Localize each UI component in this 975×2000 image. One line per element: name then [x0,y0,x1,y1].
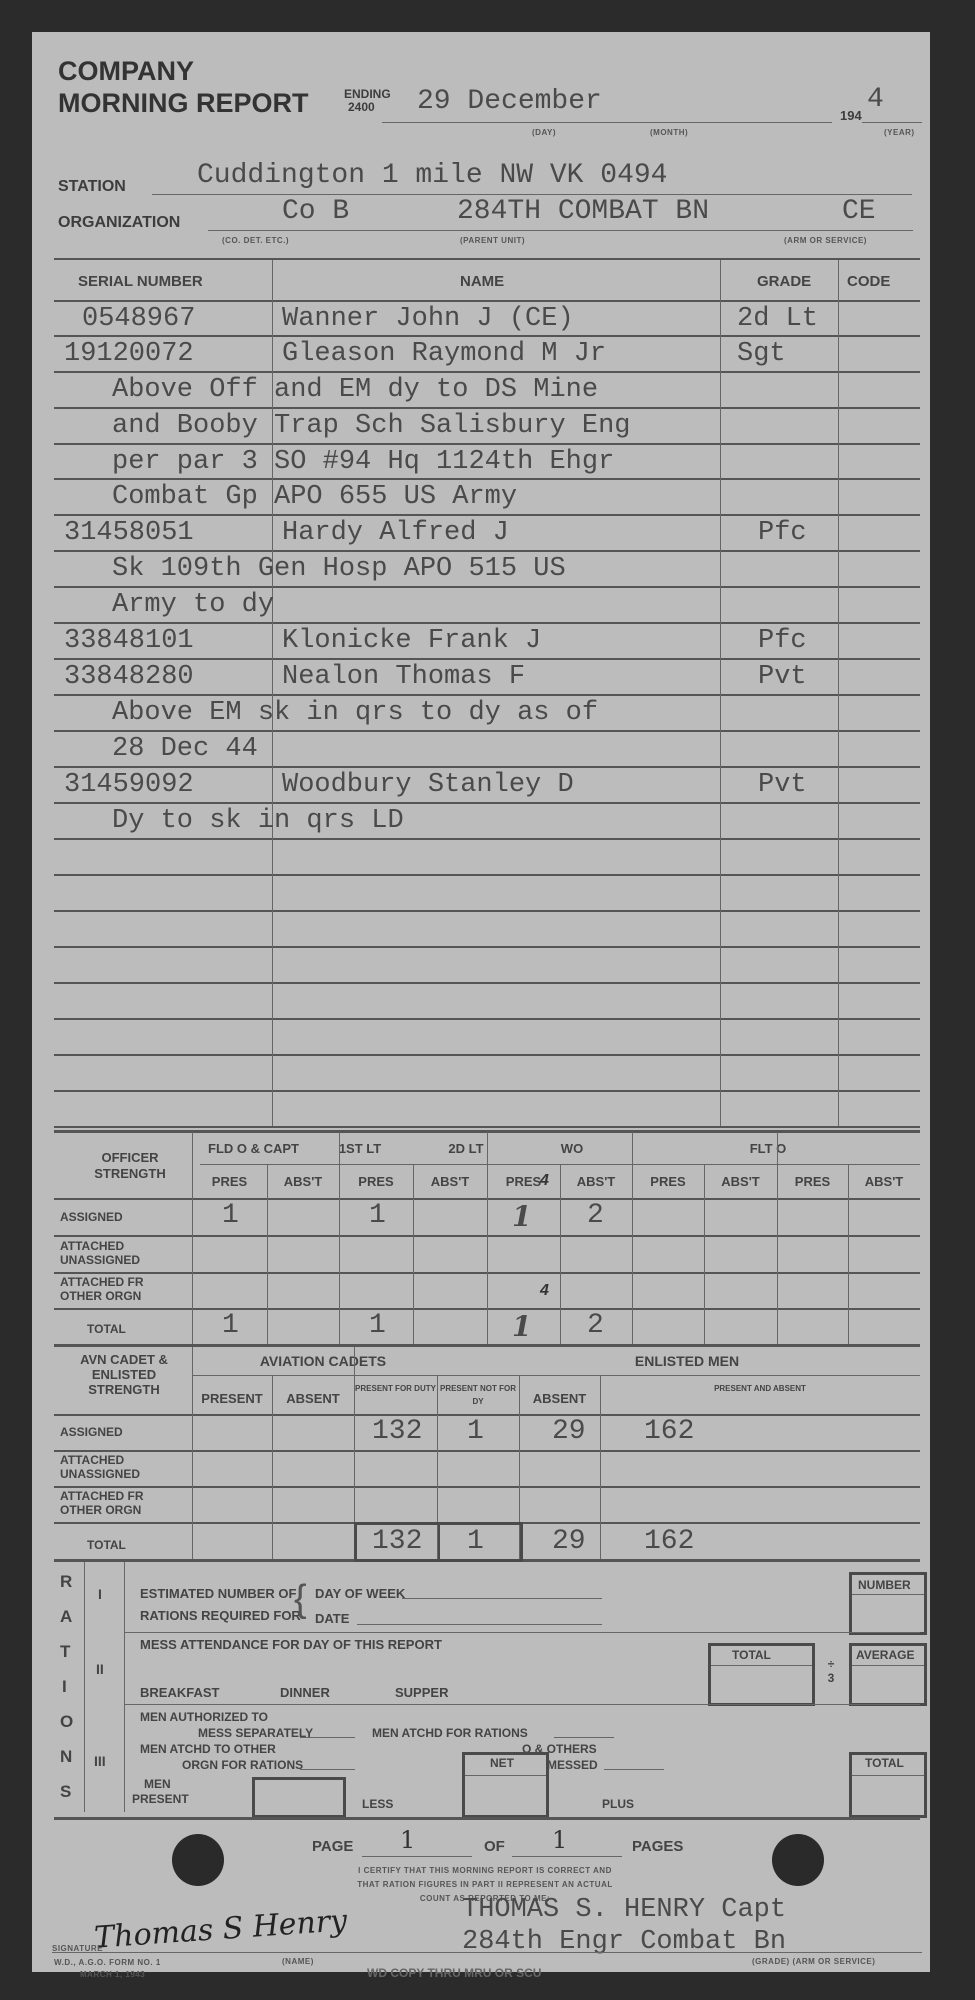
row-divider [54,300,920,302]
soldier-grade: Pvt [758,662,807,692]
soldier-name: Wanner John J (CE) [282,304,574,334]
row-divider [54,1126,920,1128]
box-divider [852,1665,924,1666]
rations-letter: O [60,1712,73,1732]
form-number: W.D., A.G.O. FORM NO. 1 [54,1958,161,1967]
remark-line: Combat Gp APO 655 US Army [112,482,517,512]
remark-line: Above Off and EM dy to DS Mine [112,375,598,405]
men-present-label-1: MEN [144,1777,171,1791]
roster-top-border [54,258,920,260]
part-3-numeral: III [94,1754,106,1768]
subheader-pres: PRES [487,1175,560,1189]
brace-icon: { [294,1578,307,1621]
subheader-present-for-duty: PRESENT FOR DUTY [354,1382,437,1395]
part-2-numeral: II [96,1662,104,1676]
rations-bottom-border [54,1817,920,1820]
fld-capt-pres-total: 1 [222,1310,239,1341]
certify-text-2: THAT RATION FIGURES IN PART II REPRESENT… [300,1880,670,1889]
box-divider [438,1522,440,1559]
row-divider [124,1632,920,1633]
row-divider [54,874,920,876]
page-underline [362,1856,472,1857]
station-label: STATION [58,178,126,196]
subheader-em-absent: ABSENT [519,1392,600,1406]
page-number: 1 [400,1826,415,1854]
row-label-attached-unassigned: ATTACHED UNASSIGNED [60,1239,170,1267]
subheader-pres: PRES [192,1175,267,1189]
row-label-attached-fr-other: ATTACHED FR OTHER ORGN [60,1275,170,1303]
part-1-text1: ESTIMATED NUMBER OF [140,1587,296,1601]
handwritten-signature: Thomas S Henry [93,1903,348,1956]
subheader-cadets-absent: ABSENT [272,1392,354,1406]
col-divider-code [838,260,839,1126]
less-label: LESS [362,1797,393,1811]
header-serial-number: SERIAL NUMBER [78,273,203,290]
col-divider [632,1132,633,1344]
serial-number: 33848280 [64,662,194,692]
header-name: NAME [460,273,504,290]
org-service: CE [842,196,876,227]
soldier-grade: 2d Lt [737,304,818,334]
rations-letter: A [60,1607,72,1627]
station-value: Cuddington 1 mile NW VK 0494 [197,160,667,191]
org-underline [208,230,913,231]
soldier-grade: Pfc [758,518,807,548]
remark-line: per par 3 SO #94 Hq 1124th Ehgr [112,447,614,477]
men-authorized-label: MEN AUTHORIZED TO [140,1710,268,1724]
row-divider [54,946,920,948]
mess-separately-field[interactable] [300,1737,355,1738]
handwritten-correction: 4 [540,1282,549,1300]
punch-hole-right [772,1834,824,1886]
row-divider [54,335,920,337]
row-divider [54,407,920,409]
enlisted-strength-title: AVN CADET & ENLISTED STRENGTH [60,1352,188,1397]
subheader-present-not-for-dy: PRESENT NOT FOR DY [437,1382,519,1408]
row-divider [54,622,920,624]
row-divider [54,766,920,768]
row-divider [54,371,920,373]
of-label: OF [484,1840,505,1854]
em-absent-total: 29 [552,1526,586,1557]
row-divider [54,478,920,480]
subheader-present-and-absent: PRESENT AND ABSENT [600,1382,920,1395]
subheader-abst: ABS'T [413,1175,487,1189]
1st-lt-pres-total: 1 [369,1310,386,1341]
group-1st-lt: 1ST LT [307,1142,413,1156]
year-prefix: 194 [840,108,862,123]
soldier-name: Gleason Raymond M Jr [282,339,606,369]
remark-line: Army to dy [112,590,274,620]
row-label-assigned: ASSIGNED [60,1210,123,1224]
row-divider [54,838,920,840]
mess-separately-label: MESS SEPARATELY [198,1726,313,1740]
messed-field[interactable] [604,1769,664,1770]
signature-line [52,1952,922,1953]
row-divider [54,910,920,912]
em-present-not-for-dy-assigned: 1 [467,1416,484,1447]
2d-lt-abst-assigned: 2 [587,1200,604,1231]
box-divider [465,1775,546,1776]
col-divider-grade [720,260,721,1126]
number-box-label: NUMBER [858,1578,911,1592]
supper-label[interactable]: SUPPER [395,1686,448,1700]
enlisted-men-header: ENLISTED MEN [454,1354,920,1368]
year-caption: (YEAR) [884,128,915,137]
aviation-cadets-header: AVIATION CADETS [192,1354,454,1368]
year-underline [862,122,922,123]
date-underline [382,122,832,123]
col-divider [560,1164,561,1344]
ending-label-2: 2400 [344,101,391,114]
year-digit: 4 [867,84,884,115]
em-absent-assigned: 29 [552,1416,586,1447]
fld-capt-pres-assigned: 1 [222,1200,239,1231]
row-label-total: TOTAL [87,1538,126,1552]
men-atchd-for-rations-label: MEN ATCHD FOR RATIONS [372,1726,528,1740]
men-present-box[interactable] [252,1777,346,1818]
em-present-not-for-dy-total: 1 [467,1526,484,1557]
morning-report-form: COMPANY MORNING REPORT ENDING 2400 29 De… [32,32,930,1972]
row-divider [54,658,920,660]
box-divider [852,1594,924,1595]
row-divider [54,694,920,696]
2d-lt-pres-total: 1 [512,1310,531,1343]
soldier-grade: Sgt [737,339,786,369]
col-divider [848,1164,849,1344]
pages-label: PAGES [632,1840,683,1854]
row-divider [54,514,920,516]
copy-note: WD COPY THRU MRU OR SCU [367,1966,541,1980]
group-2d-lt: 2D LT [413,1142,519,1156]
row-divider [54,730,920,732]
month-caption: (MONTH) [650,128,688,137]
col-divider [192,1347,193,1559]
total-pages: 1 [552,1826,567,1854]
grade-caption: (GRADE) (ARM OR SERVICE) [752,1957,875,1966]
form-title-line1: COMPANY [58,56,194,87]
net-box-label: NET [490,1756,514,1770]
row-divider [54,1018,920,1020]
col-divider [267,1164,268,1344]
org-caption-company: (CO. DET. ETC.) [222,236,289,245]
breakfast-label[interactable]: BREAKFAST [140,1686,219,1700]
em-present-and-absent-assigned: 162 [644,1416,694,1447]
part-1-text2: RATIONS REQUIRED FOR [140,1609,301,1623]
station-underline [152,194,912,195]
certify-text-1: I CERTIFY THAT THIS MORNING REPORT IS CO… [300,1866,670,1875]
col-divider [777,1132,778,1344]
part-1-numeral: I [98,1587,102,1601]
rations-col-divider [124,1562,125,1812]
soldier-grade: Pvt [758,770,807,800]
average-box-label: AVERAGE [856,1648,914,1662]
row-divider [54,586,920,588]
handwritten-correction: 4 [540,1172,549,1190]
signature-label: SIGNATURE [52,1944,103,1953]
orgn-for-rations-label: ORGN FOR RATIONS [182,1758,303,1772]
org-caption-service: (ARM OR SERVICE) [784,236,867,245]
em-present-for-duty-assigned: 132 [372,1416,422,1447]
messed-label: MESSED [547,1758,598,1772]
plus-label: PLUS [602,1797,634,1811]
row-label-attached-fr-other: ATTACHED FR OTHER ORGN [60,1489,170,1517]
rations-letter: S [60,1782,71,1802]
col-divider [192,1132,193,1344]
mess-total-label: TOTAL [732,1648,771,1662]
remark-line: 28 Dec 44 [112,734,258,764]
rations-letter: T [60,1642,70,1662]
row-divider [54,1450,920,1452]
header-code: CODE [847,273,890,290]
rations-letter: N [60,1747,72,1767]
row-divider [54,1090,920,1092]
group-fld-o-capt: FLD O & CAPT [200,1142,307,1156]
row-label-attached-unassigned: ATTACHED UNASSIGNED [60,1453,170,1481]
day-of-week-label: DAY OF WEEK [315,1587,405,1601]
row-divider [54,802,920,804]
serial-number: 33848101 [64,626,194,656]
ending-label: ENDING 2400 [344,88,391,114]
subheader-abst: ABS'T [704,1175,777,1189]
subheader-abst: ABS'T [267,1175,339,1189]
serial-number: 0548967 [82,304,195,334]
soldier-name: Hardy Alfred J [282,518,509,548]
col-divider [704,1164,705,1344]
organization-label: ORGANIZATION [58,214,180,232]
group-wo: WO [519,1142,625,1156]
men-atchd-other-label: MEN ATCHD TO OTHER [140,1742,276,1756]
box-divider [711,1665,812,1666]
serial-number: 31458051 [64,518,194,548]
remark-line: Dy to sk in qrs LD [112,806,404,836]
serial-number: 19120072 [64,339,194,369]
subheader-pres: PRES [632,1175,704,1189]
2d-lt-abst-total: 2 [587,1310,604,1341]
em-present-for-duty-total: 132 [372,1526,422,1557]
name-caption: (NAME) [282,1957,314,1966]
row-divider [54,1414,920,1416]
rations-col-divider [84,1562,85,1812]
header-grade: GRADE [757,273,811,290]
pages-underline [512,1856,622,1857]
signer-name-typed: THOMAS S. HENRY Capt [462,1895,786,1925]
subheader-abst: ABS'T [848,1175,920,1189]
subheader-abst: ABS'T [560,1175,632,1189]
col-divider [339,1132,340,1344]
men-present-label-2: PRESENT [132,1792,189,1806]
soldier-name: Nealon Thomas F [282,662,525,692]
report-date: 29 December [417,86,602,117]
mess-attendance-title: MESS ATTENDANCE FOR DAY OF THIS REPORT [140,1638,442,1652]
subheader-cadets-present: PRESENT [192,1392,272,1406]
day-caption: (DAY) [532,128,556,137]
org-caption-parent: (PARENT UNIT) [460,236,525,245]
men-atchd-for-rations-field[interactable] [554,1737,614,1738]
form-date: MARCH 1, 1943 [80,1970,145,1979]
row-divider [54,1486,920,1488]
row-divider [54,550,920,552]
subheader-pres: PRES [339,1175,413,1189]
2d-lt-pres-assigned: 1 [512,1200,531,1233]
divide-by-three: ÷ 3 [824,1657,838,1685]
subheader-pres: PRES [777,1175,848,1189]
subheader-divider [192,1375,920,1376]
rations-total-label: TOTAL [865,1756,904,1770]
officer-strength-title: OFFICER STRENGTH [70,1150,190,1182]
row-label-assigned: ASSIGNED [60,1425,123,1439]
box-divider [852,1775,924,1776]
org-parent-unit: 284TH COMBAT BN [457,196,709,227]
date-label: DATE [315,1612,349,1626]
page-label: PAGE [312,1840,353,1854]
form-title-line2: MORNING REPORT [58,88,309,119]
row-divider [54,1054,920,1056]
col-divider [413,1164,414,1344]
row-divider [54,982,920,984]
org-company: Co B [282,196,349,227]
col-divider [600,1375,601,1559]
row-label-total: TOTAL [87,1322,126,1336]
date-field[interactable] [357,1624,602,1625]
remark-line: and Booby Trap Sch Salisbury Eng [112,411,630,441]
punch-hole-left [172,1834,224,1886]
rations-letter: R [60,1572,72,1592]
soldier-name: Klonicke Frank J [282,626,541,656]
em-present-and-absent-total: 162 [644,1526,694,1557]
orgn-for-rations-field[interactable] [300,1769,355,1770]
serial-number: 31459092 [64,770,194,800]
1st-lt-pres-assigned: 1 [369,1200,386,1231]
dinner-label[interactable]: DINNER [280,1686,330,1700]
soldier-name: Woodbury Stanley D [282,770,574,800]
row-divider [54,1344,920,1347]
group-flt-o: FLT O [697,1142,839,1156]
row-divider [124,1704,920,1705]
col-divider [487,1132,488,1344]
remark-line: Above EM sk in qrs to dy as of [112,698,598,728]
rations-letter: I [62,1677,67,1697]
soldier-grade: Pfc [758,626,807,656]
row-divider [54,443,920,445]
remark-line: Sk 109th Gen Hosp APO 515 US [112,554,566,584]
day-of-week-field[interactable] [402,1598,602,1599]
